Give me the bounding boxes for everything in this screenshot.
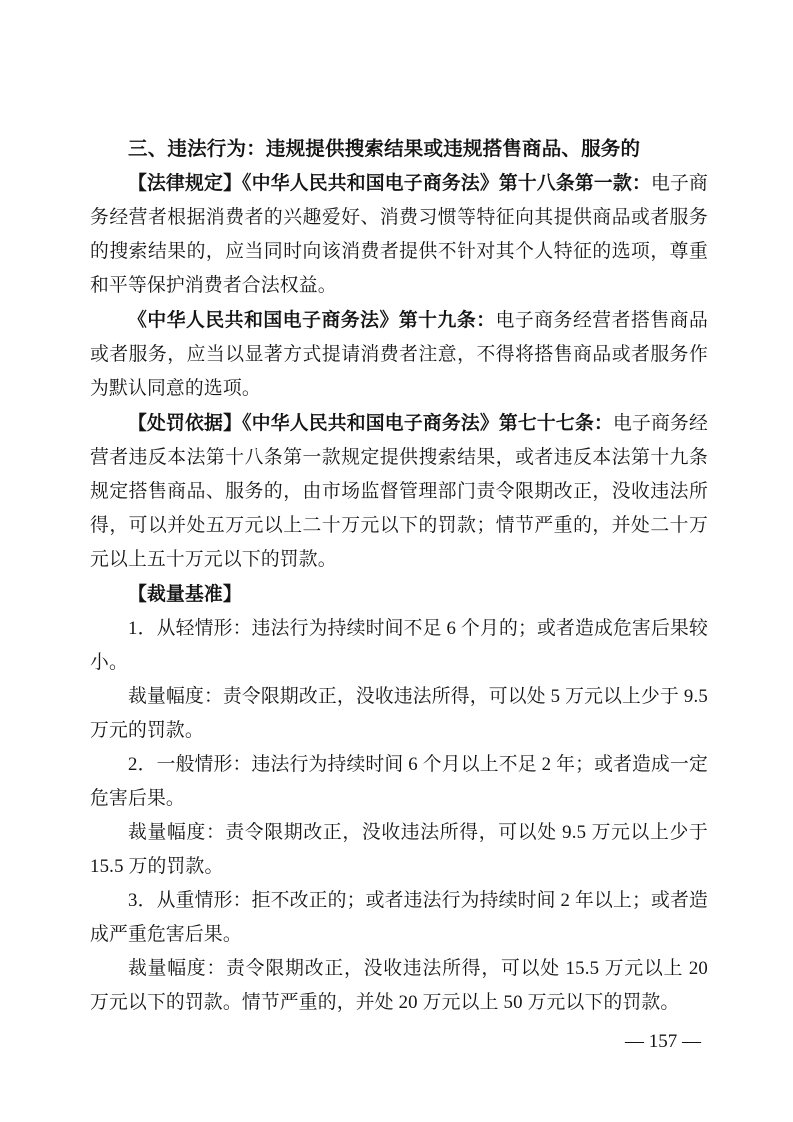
paragraph-lenient-range: 裁量幅度：责令限期改正，没收违法所得，可以处 5 万元以上少于 9.5 万元的罚… xyxy=(90,680,708,748)
document-page: 三 三、违法行为：违规提供搜索结果或违规搭售商品、服务的 【法律规定】《中华人民… xyxy=(0,0,793,1122)
paragraph-penalty-basis: 【处罚依据】《中华人民共和国电子商务法》第七十七条：电子商务经营者违反本法第十八… xyxy=(90,406,708,577)
page-number: — 157 — xyxy=(625,1030,701,1054)
document-content: 三 三、违法行为：违规提供搜索结果或违规搭售商品、服务的 【法律规定】《中华人民… xyxy=(90,132,708,1020)
section-heading: 三、违法行为：违规提供搜索结果或违规搭售商品、服务的 xyxy=(90,132,708,166)
paragraph-legal-provision: 【法律规定】《中华人民共和国电子商务法》第十八条第一款：电子商务经营者根据消费者… xyxy=(90,166,708,303)
paragraph-discretion-benchmark: 【裁量基准】 xyxy=(90,577,708,612)
paragraph-text: 2．一般情形：违法行为持续时间 6 个月以上不足 2 年；或者造成一定危害后果。 xyxy=(90,754,708,809)
paragraph-text: 3．从重情形：拒不改正的；或者违法行为持续时间 2 年以上；或者造成严重危害后果… xyxy=(90,890,708,945)
law-citation: 《中华人民共和国电子商务法》第十八条第一款： xyxy=(242,172,651,193)
paragraph-text: 裁量幅度：责令限期改正，没收违法所得，可以处 5 万元以上少于 9.5 万元的罚… xyxy=(90,686,708,741)
paragraph-text: 裁量幅度：责令限期改正，没收违法所得，可以处 15.5 万元以上 20 万元以下… xyxy=(90,958,708,1013)
paragraph-severe-case: 3．从重情形：拒不改正的；或者违法行为持续时间 2 年以上；或者造成严重危害后果… xyxy=(90,884,708,952)
bracket-label: 【法律规定】 xyxy=(128,172,242,193)
paragraph-text: 电子商务经营者违反本法第十八条第一款规定提供搜索结果，或者违反本法第十九条规定搭… xyxy=(90,413,708,570)
bracket-label: 【处罚依据】 xyxy=(128,412,242,433)
paragraph-text: 裁量幅度：责令限期改正，没收违法所得，可以处 9.5 万元以上少于 15.5 万… xyxy=(90,822,708,877)
paragraph-general-case: 2．一般情形：违法行为持续时间 6 个月以上不足 2 年；或者造成一定危害后果。 xyxy=(90,748,708,816)
paragraph-severe-range: 裁量幅度：责令限期改正，没收违法所得，可以处 15.5 万元以上 20 万元以下… xyxy=(90,952,708,1020)
law-citation: 《中华人民共和国电子商务法》第七十七条： xyxy=(242,412,613,433)
paragraph-legal-provision-2: 《中华人民共和国电子商务法》第十九条：电子商务经营者搭售商品或者服务，应当以显著… xyxy=(90,303,708,406)
paragraph-lenient-case: 1．从轻情形：违法行为持续时间不足 6 个月的；或者造成危害后果较小。 xyxy=(90,612,708,680)
paragraph-text: 1．从轻情形：违法行为持续时间不足 6 个月的；或者造成危害后果较小。 xyxy=(90,618,708,673)
bracket-label: 【裁量基准】 xyxy=(128,583,242,604)
paragraph-general-range: 裁量幅度：责令限期改正，没收违法所得，可以处 9.5 万元以上少于 15.5 万… xyxy=(90,816,708,884)
law-citation: 《中华人民共和国电子商务法》第十九条： xyxy=(128,309,496,330)
